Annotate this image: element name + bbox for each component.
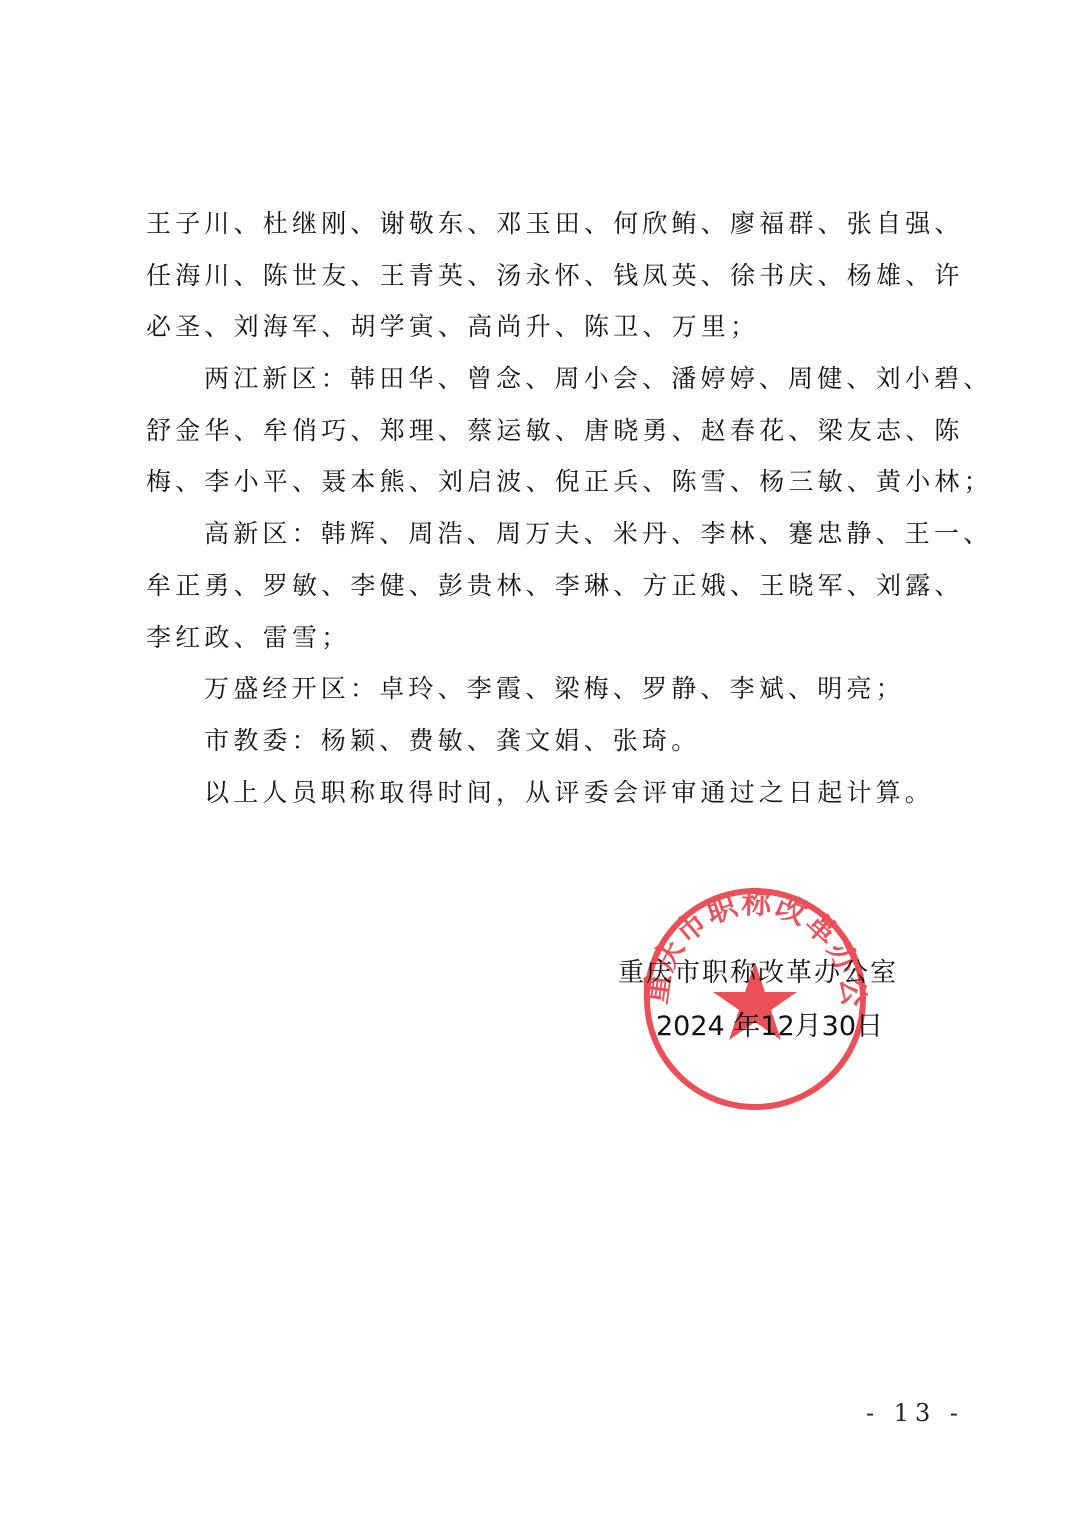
text-line-wansheng: 万盛经开区：卓玲、李霞、梁梅、罗静、李斌、明亮； (146, 663, 946, 715)
text-line-closing-note: 以上人员职称取得时间，从评委会评审通过之日起计算。 (146, 767, 946, 819)
text-line: 舒金华、牟俏巧、郑理、蔡运敏、唐晓勇、赵春花、梁友志、陈 (146, 405, 946, 457)
page-number: - 13 - (866, 1399, 964, 1427)
text-line-liangjiang: 两江新区：韩田华、曾念、周小会、潘婷婷、周健、刘小碧、 (146, 353, 946, 405)
text-line: 必圣、刘海军、胡学寅、高尚升、陈卫、万里； (146, 301, 946, 353)
document-page: 王子川、杜继刚、谢敬东、邓玉田、何欣鲔、廖福群、张自强、 任海川、陈世友、王青英… (0, 0, 1074, 1520)
text-line: 王子川、杜继刚、谢敬东、邓玉田、何欣鲔、廖福群、张自强、 (146, 198, 946, 250)
text-line: 李红政、雷雪； (146, 612, 946, 664)
text-line: 牟正勇、罗敏、李健、彭贵林、李琳、方正娥、王晓军、刘露、 (146, 560, 946, 612)
text-line: 梅、李小平、聂本熊、刘启波、倪正兵、陈雪、杨三敏、黄小林； (146, 456, 946, 508)
official-seal-icon: 重庆市职称改革办公室 (640, 884, 870, 1114)
signature-date: 2024 年12月30日 (656, 1004, 883, 1043)
text-line-jiaowei: 市教委：杨颖、费敏、龚文娟、张琦。 (146, 715, 946, 767)
signature-organization: 重庆市职称改革办公室 (618, 952, 898, 989)
text-line: 任海川、陈世友、王青英、汤永怀、钱凤英、徐书庆、杨雄、许 (146, 250, 946, 302)
text-line-gaoxin: 高新区：韩辉、周浩、周万夫、米丹、李林、蹇忠静、王一、 (146, 508, 946, 560)
document-body: 王子川、杜继刚、谢敬东、邓玉田、何欣鲔、廖福群、张自强、 任海川、陈世友、王青英… (146, 198, 946, 818)
